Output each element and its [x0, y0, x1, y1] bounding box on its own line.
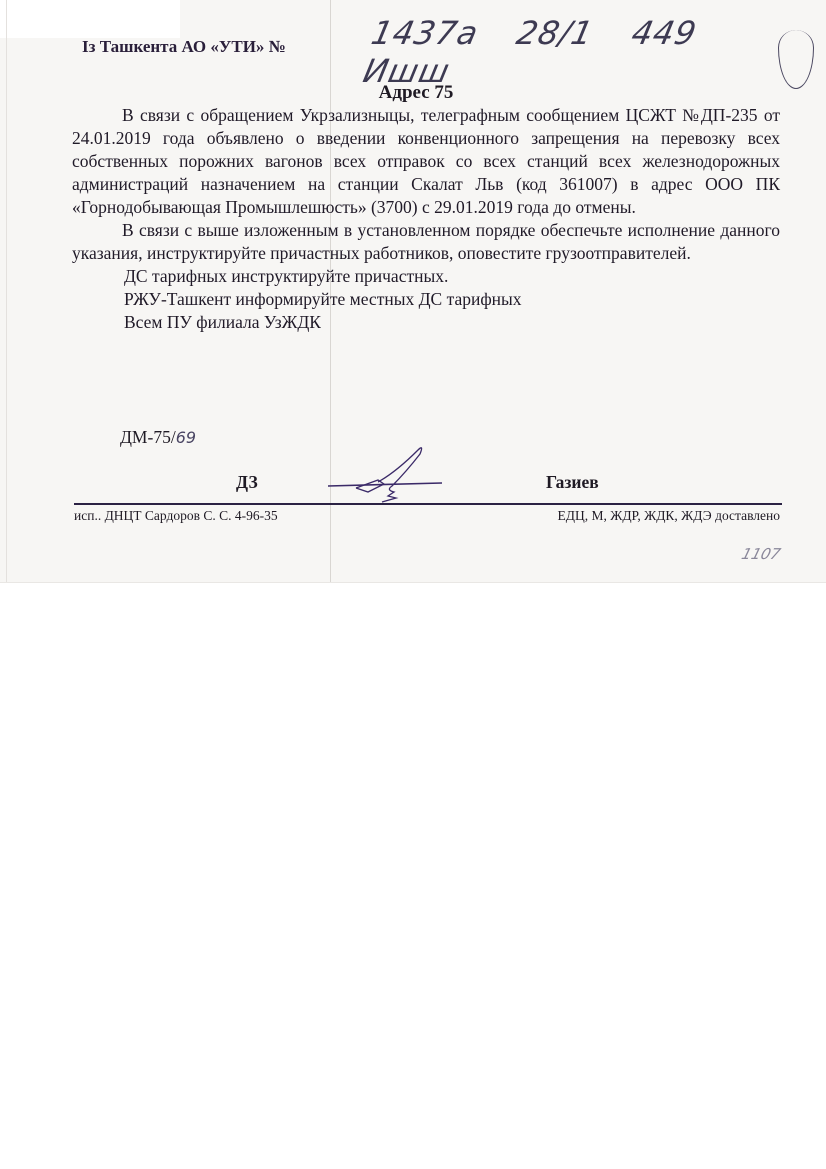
handwritten-number: 1437а [368, 14, 482, 52]
paragraph-2: В связи с выше изложенным в установленно… [72, 219, 780, 265]
handwritten-date: 28/1 [513, 14, 597, 52]
scanned-page: Із Ташкента АО «УТИ» № 1437а 28/1 449 Иш… [0, 0, 826, 583]
reference-handwritten: 69 [176, 428, 196, 447]
sender-header: Із Ташкента АО «УТИ» № [82, 37, 286, 57]
signer-position: ДЗ [236, 472, 258, 493]
blank-strip [0, 0, 180, 38]
signature-icon [326, 442, 446, 504]
reference-printed: ДМ-75/ [120, 427, 176, 447]
document-title: Адрес 75 [0, 82, 826, 104]
handwritten-corner-mark: 1107 [740, 545, 783, 563]
instruction-1: ДС тарифных инструктируйте причастных. [72, 265, 780, 288]
footer-divider [74, 503, 782, 505]
handwritten-code: 449 [628, 14, 700, 52]
signer-name: Газиев [546, 472, 599, 493]
reference-number: ДМ-75/69 [120, 427, 196, 448]
instruction-3: Всем ПУ филиала УзЖДК [72, 311, 780, 334]
document-body: В связи с обращением Укрзализныцы, телег… [72, 104, 780, 334]
delivery-status: ЕДЦ, М, ЖДР, ЖДК, ЖДЭ доставлено [558, 508, 780, 524]
executor-info: исп.. ДНЦТ Сардоров С. С. 4-96-35 [74, 508, 278, 524]
paragraph-1: В связи с обращением Укрзализныцы, телег… [72, 104, 780, 219]
handwritten-annotations: 1437а 28/1 449 Ишш [360, 14, 826, 90]
instruction-2: РЖУ-Ташкент информируйте местных ДС тари… [72, 288, 780, 311]
